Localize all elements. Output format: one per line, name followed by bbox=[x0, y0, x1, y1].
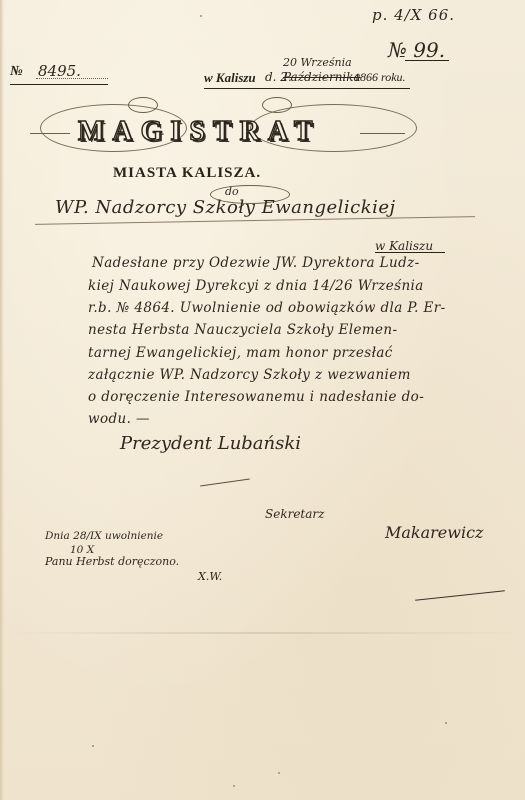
president-signature: Prezydent Lubański bbox=[120, 433, 301, 454]
letterhead-title: MAGISTRAT bbox=[78, 116, 321, 148]
document-number-label: № bbox=[10, 64, 23, 80]
date-year: 1866 roku. bbox=[354, 70, 406, 85]
body-line: wodu. — bbox=[88, 411, 150, 427]
date-place: w Kaliszu bbox=[204, 70, 256, 86]
date-month-struck: Października bbox=[283, 70, 361, 84]
body-line: załącznie WP. Nadzorcy Szkoły z wezwanie… bbox=[88, 367, 411, 383]
addressee-place: w Kaliszu bbox=[375, 239, 433, 253]
note-date: Dnia 28/IX bbox=[45, 530, 102, 542]
note-initials: X.W. bbox=[198, 570, 222, 583]
secretary-label: Sekretarz bbox=[265, 507, 324, 521]
letterhead-scroll-right bbox=[262, 97, 292, 113]
date-correction: 20 Września bbox=[283, 56, 352, 69]
body-line: tarnej Ewangelickiej, mam honor przesłać bbox=[88, 345, 393, 361]
note-line: Panu Herbst doręczono. bbox=[45, 555, 179, 568]
number-underline bbox=[10, 84, 108, 85]
top-number-annotation: № 99. bbox=[388, 38, 445, 62]
paper-spot bbox=[200, 15, 202, 17]
paper-edge bbox=[0, 0, 4, 800]
number-dotted-line bbox=[36, 78, 108, 79]
note-line: Dnia 28/IX uwolnienie bbox=[45, 530, 163, 542]
paper-fold-crease bbox=[0, 632, 525, 634]
body-line: Nadesłane przy Odezwie JW. Dyrektora Lud… bbox=[92, 255, 420, 271]
addressee-place-underline bbox=[375, 252, 445, 253]
body-line: kiej Naukowej Dyrekcyi z dnia 14/26 Wrze… bbox=[88, 278, 424, 294]
letterhead-rule-left bbox=[30, 133, 70, 134]
paper-spot bbox=[233, 785, 235, 787]
body-line: r.b. № 4864. Uwolnienie od obowiązków dl… bbox=[88, 300, 446, 316]
top-reference-annotation: p. 4/X 66. bbox=[372, 6, 455, 24]
paper-spot bbox=[92, 745, 94, 747]
letterhead-rule-right bbox=[360, 133, 405, 134]
note-text: uwolnienie bbox=[105, 530, 163, 542]
body-line: nesta Herbsta Nauczyciela Szkoły Elemen- bbox=[88, 322, 397, 338]
letterhead-subtitle: MIASTA KALISZA. bbox=[113, 165, 261, 182]
top-number-underline bbox=[405, 60, 449, 61]
addressee: WP. Nadzorcy Szkoły Ewangelickiej bbox=[55, 197, 396, 218]
paper-spot bbox=[278, 772, 280, 774]
date-underline bbox=[204, 88, 410, 89]
body-line: o doręczenie Interesowanemu i nadesłanie… bbox=[88, 389, 424, 405]
letterhead-scroll-left bbox=[128, 97, 158, 113]
secretary-signature: Makarewicz bbox=[385, 523, 483, 542]
paper-spot bbox=[445, 722, 447, 724]
